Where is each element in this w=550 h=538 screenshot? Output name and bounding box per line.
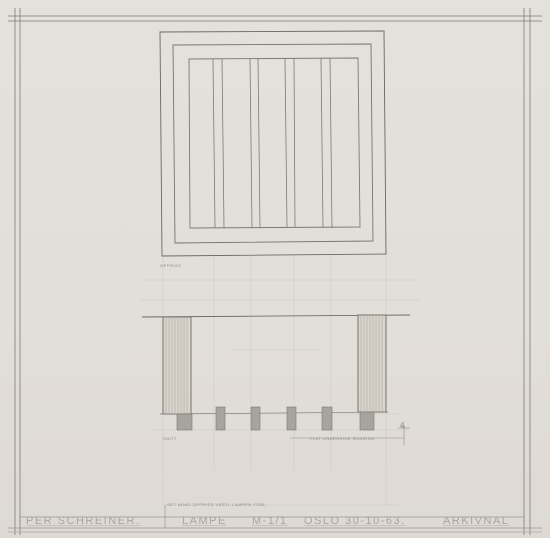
plan-slats	[213, 58, 332, 228]
left-column	[163, 317, 191, 414]
feet-blocks	[177, 407, 374, 430]
section-view-label: SNITT	[163, 436, 177, 441]
technical-drawing	[0, 0, 550, 538]
plan-view-label: OPPRISS	[160, 263, 181, 268]
plan-outer-frame	[160, 31, 386, 256]
drawing-sheet: OPPRISS SNITT FLAT UNDERSIDE RUNDING 4 S…	[0, 0, 550, 538]
plan-view	[160, 31, 386, 256]
designer-name: PER SCHREINER.	[26, 515, 141, 527]
plan-middle-frame	[173, 44, 373, 243]
section-view	[142, 315, 410, 445]
sheet-border	[8, 8, 542, 535]
drawing-scale: M-1/1	[252, 515, 288, 527]
section-note: FLAT UNDERSIDE RUNDING	[310, 436, 375, 441]
dimension-marks	[290, 425, 410, 445]
right-column	[358, 315, 386, 412]
base-line	[160, 412, 388, 414]
archive-label: ARKIVNAL	[443, 515, 509, 527]
drawing-subject: LAMPE	[182, 515, 227, 527]
dimension-label: 4	[400, 421, 405, 430]
bottom-note: SET INNEI OPPRISS VERTL LAMPEN FORL	[167, 502, 266, 507]
place-date: OSLO 30-10-63.	[304, 515, 406, 527]
